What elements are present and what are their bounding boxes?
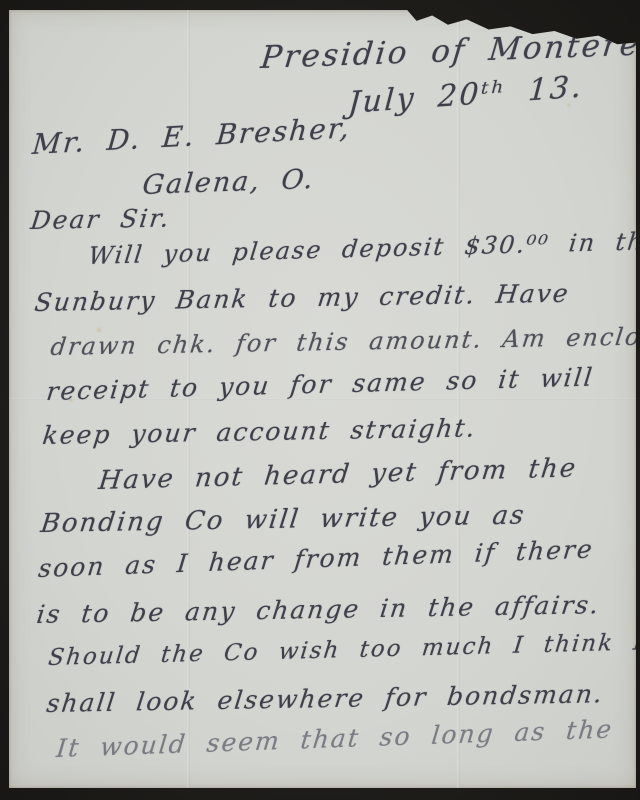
letter-heading-date: July 20ᵗʰ 13. (347, 69, 585, 121)
letter-body-line: keep your account straight. (41, 413, 478, 450)
letter-body-line: soon as I hear from them if there (37, 534, 595, 583)
letter-body-line: Have not heard yet from the (97, 453, 579, 496)
letter-heading-place: Presidio of Monterey Calif. (259, 22, 640, 76)
letter-body-line: Will you please deposit $30.⁰⁰ in the (87, 227, 640, 270)
photo-background: Presidio of Monterey Calif. July 20ᵗʰ 13… (0, 0, 640, 800)
letter-body-line: Should the Co wish too much I think I (47, 629, 640, 671)
letter-body-line: shall look elsewhere for bondsman. (45, 679, 606, 718)
letter-body-line: Bonding Co will write you as (39, 500, 527, 539)
letter-body-line: is to be any change in the affairs. (35, 590, 602, 629)
letter-paper: Presidio of Monterey Calif. July 20ᵗʰ 13… (9, 10, 636, 788)
letter-body-line: Sunbury Bank to my credit. Have (33, 279, 572, 317)
letter-recipient-address: Galena, O. (141, 164, 316, 201)
letter-body-line: It would seem that so long as the (55, 714, 615, 763)
letter-body-line: drawn chk. for this amount. Am enclosing (49, 322, 640, 361)
letter-recipient-name: Mr. D. E. Bresher, (31, 111, 352, 161)
letter-salutation: Dear Sir. (29, 203, 172, 235)
